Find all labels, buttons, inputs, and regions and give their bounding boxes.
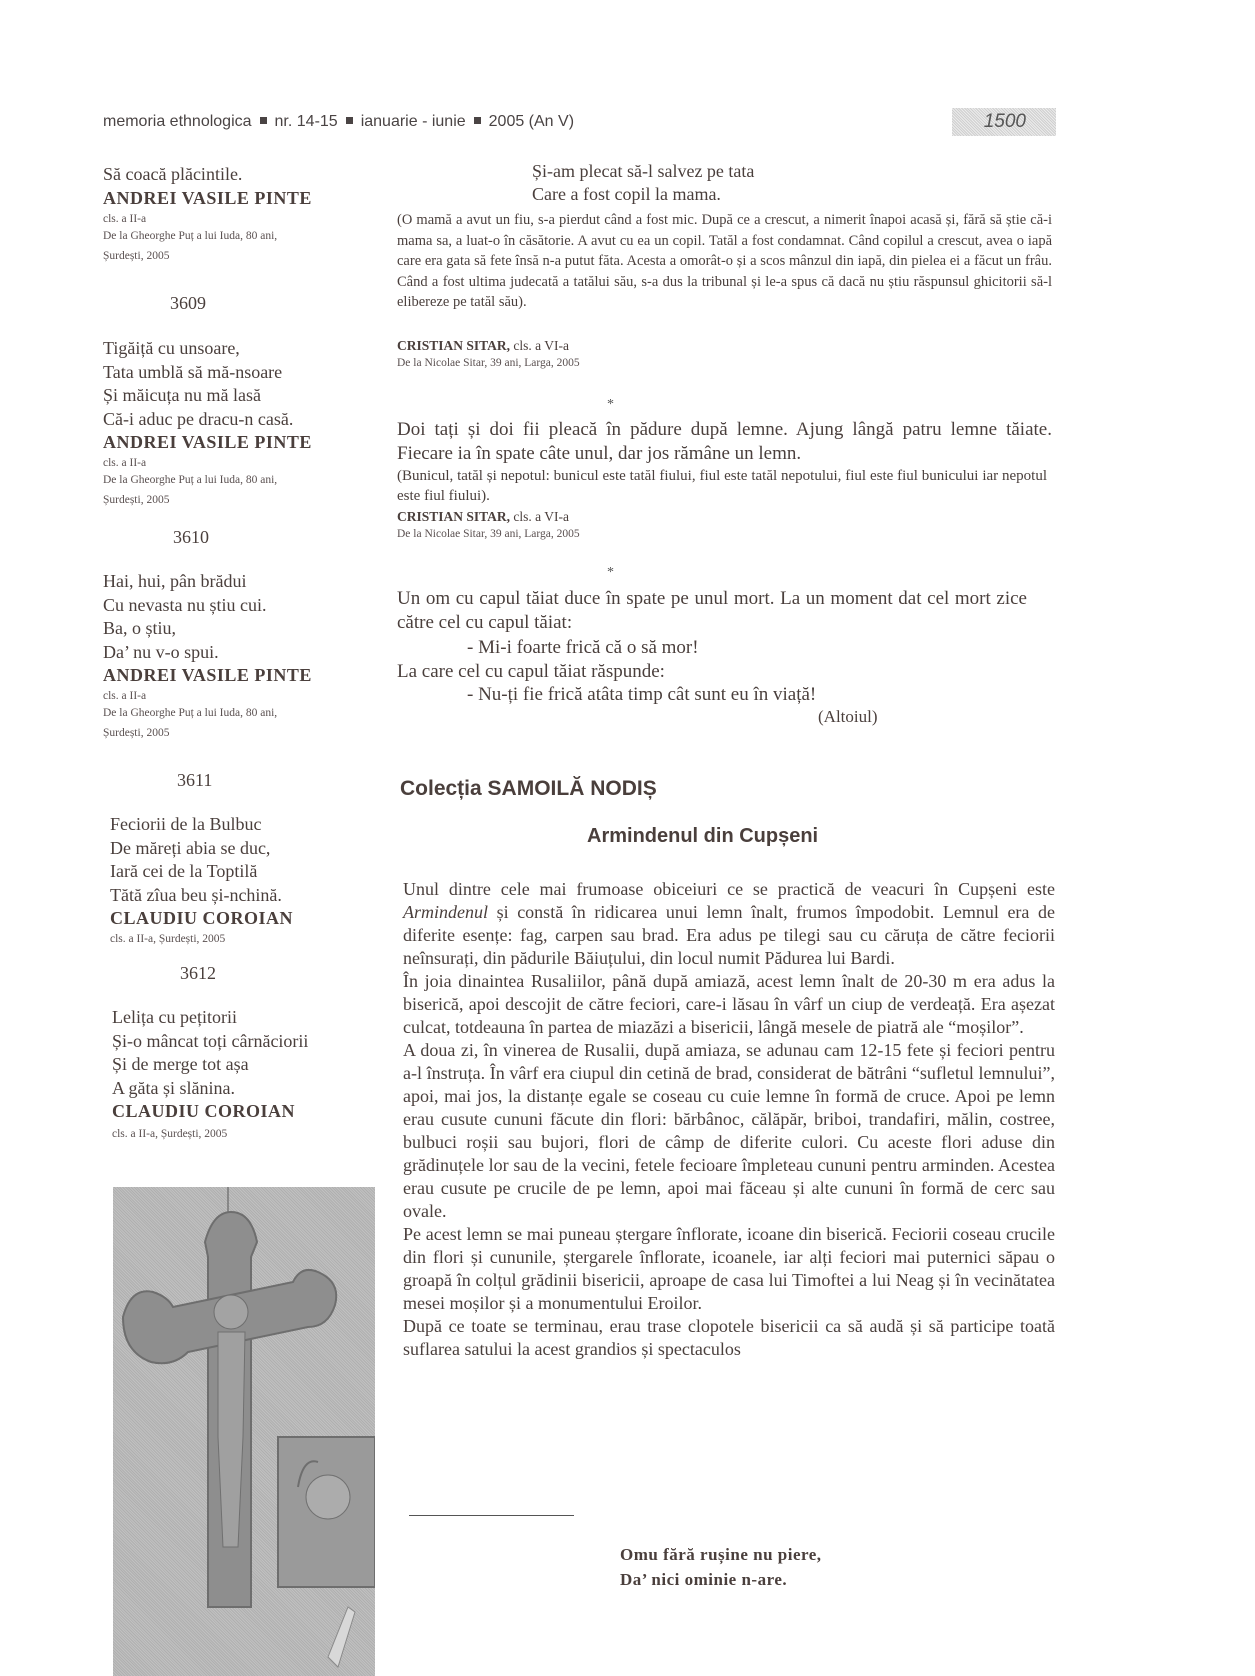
poem-entry: Tigăiță cu unsoare, Tata umblă să mă-nso…: [103, 337, 363, 509]
proverb: Omu fără rușine nu piere, Da’ nici omini…: [620, 1542, 822, 1592]
article-paragraph: Pe acest lemn se mai puneau ștergare înf…: [403, 1223, 1055, 1315]
verse-line: Și măicuța nu mă lasă: [103, 384, 363, 408]
bullet-square-icon: [346, 117, 353, 124]
footnote-divider: [409, 1515, 574, 1516]
joke-dialogue: - Mi-i foarte frică că o să mor!: [467, 636, 699, 659]
source-line: De la Nicolae Sitar, 39 ani, Larga, 2005: [397, 526, 1057, 543]
entry-number: 3610: [173, 527, 209, 548]
verse-line: Tigăiță cu unsoare,: [103, 337, 363, 361]
source-line: Șurdești, 2005: [103, 248, 363, 265]
entry-number: 3612: [180, 963, 216, 984]
proverb-line: Omu fără rușine nu piere,: [620, 1542, 822, 1567]
verse-line: Cu nevasta nu știu cui.: [103, 594, 363, 618]
verse-line: Că-i aduc pe dracu-n casă.: [103, 408, 363, 432]
page-number: 1500: [952, 108, 1056, 136]
source-line: Șurdești, 2005: [103, 725, 363, 742]
author-class: cls. a II-a: [103, 455, 363, 472]
author-class: cls. a II-a: [103, 688, 363, 705]
article-paragraph: Unul dintre cele mai frumoase obiceiuri …: [403, 878, 1055, 970]
verse-line: Și-o mâncat toți cârnăciorii: [112, 1030, 372, 1054]
author-name: ANDREI VASILE PINTE: [103, 664, 363, 686]
bullet-square-icon: [474, 117, 481, 124]
joke-narration: La care cel cu capul tăiat răspunde:: [397, 660, 665, 683]
author-class: cls. a II-a, Șurdești, 2005: [112, 1126, 372, 1143]
riddle-verse: Și-am plecat să-l salvez pe tata Care a …: [532, 160, 754, 206]
issue-number: nr. 14-15: [275, 113, 338, 130]
joke-dialogue: - Nu-ți fie frică atâta timp cât sunt eu…: [467, 683, 816, 706]
verse-line: Feciorii de la Bulbuc: [110, 813, 370, 837]
author-name: CLAUDIU COROIAN: [110, 907, 370, 929]
riddle-attribution: CRISTIAN SITAR, cls. a VI-a De la Nicola…: [397, 508, 1057, 543]
bullet-square-icon: [260, 117, 267, 124]
riddle-answer: (Bunicul, tatăl și nepotul: bunicul este…: [397, 466, 1047, 506]
author-class: cls. a VI-a: [513, 338, 569, 353]
verse-line: Care a fost copil la mama.: [532, 183, 754, 206]
joke-source: (Altoiul): [818, 707, 878, 727]
joke-intro: Un om cu capul tăiat duce în spate pe un…: [397, 587, 1027, 635]
separator-asterisk: *: [607, 397, 614, 413]
verse-line: Tata umblă să mă-nsoare: [103, 361, 363, 385]
proverb-line: Da’ nici ominie n-are.: [620, 1567, 822, 1592]
verse-line: Și de merge tot așa: [112, 1053, 372, 1077]
author-name: CRISTIAN SITAR,: [397, 509, 510, 524]
author-class: cls. a II-a: [103, 211, 363, 228]
poem-entry: Hai, hui, pân brădui Cu nevasta nu știu …: [103, 570, 363, 742]
section-title: Colecția SAMOILĂ NODIȘ: [400, 777, 657, 801]
riddle-text: Doi tați și doi fii pleacă în pădure dup…: [397, 418, 1052, 466]
verse-line: Da’ nu v-o spui.: [103, 641, 363, 665]
entry-number: 3609: [170, 293, 206, 314]
cross-photo: [113, 1187, 375, 1676]
article-title: Armindenul din Cupșeni: [587, 825, 818, 848]
issue-year: 2005 (An V): [489, 113, 574, 130]
poem-entry: Lelița cu pețitorii Și-o mâncat toți câr…: [112, 1006, 372, 1143]
verse-line: Iară cei de la Toptilă: [110, 860, 370, 884]
author-class: cls. a VI-a: [513, 509, 569, 524]
separator-asterisk: *: [607, 565, 614, 581]
poem-entry: Feciorii de la Bulbuc De măreți abia se …: [110, 813, 370, 948]
issue-months: ianuarie - iunie: [361, 113, 466, 130]
verse-line: De măreți abia se duc,: [110, 837, 370, 861]
running-header: memoria ethnologicanr. 14-15ianuarie - i…: [103, 113, 574, 131]
verse-line: Lelița cu pețitorii: [112, 1006, 372, 1030]
verse-line: Să coacă plăcintile.: [103, 163, 363, 187]
custom-name: Armindenul: [403, 902, 488, 922]
source-line: De la Gheorghe Puț a lui Iuda, 80 ani,: [103, 705, 363, 722]
verse-line: Și-am plecat să-l salvez pe tata: [532, 160, 754, 183]
riddle-answer: (O mamă a avut un fiu, s-a pierdut când …: [397, 210, 1052, 313]
source-line: De la Gheorghe Puț a lui Iuda, 80 ani,: [103, 228, 363, 245]
article-paragraph: A doua zi, în vinerea de Rusalii, după a…: [403, 1039, 1055, 1223]
author-name: ANDREI VASILE PINTE: [103, 187, 363, 209]
author-name: ANDREI VASILE PINTE: [103, 431, 363, 453]
source-line: De la Nicolae Sitar, 39 ani, Larga, 2005: [397, 355, 1057, 372]
author-class: cls. a II-a, Șurdești, 2005: [110, 931, 370, 948]
verse-line: A găta și slănina.: [112, 1077, 372, 1101]
author-name: CRISTIAN SITAR,: [397, 338, 510, 353]
article-paragraph: După ce toate se terminau, erau trase cl…: [403, 1315, 1055, 1361]
article-body: Unul dintre cele mai frumoase obiceiuri …: [403, 878, 1055, 1361]
verse-line: Tătă zîua beu și-nchină.: [110, 884, 370, 908]
verse-line: Ba, o știu,: [103, 617, 363, 641]
journal-name: memoria ethnologica: [103, 113, 252, 130]
source-line: De la Gheorghe Puț a lui Iuda, 80 ani,: [103, 472, 363, 489]
article-paragraph: În joia dinaintea Rusaliilor, până după …: [403, 970, 1055, 1039]
source-line: Șurdești, 2005: [103, 492, 363, 509]
verse-line: Hai, hui, pân brădui: [103, 570, 363, 594]
intro-entry: Să coacă plăcintile. ANDREI VASILE PINTE…: [103, 163, 363, 265]
riddle-attribution: CRISTIAN SITAR, cls. a VI-a De la Nicola…: [397, 337, 1057, 372]
author-name: CLAUDIU COROIAN: [112, 1100, 372, 1122]
entry-number: 3611: [177, 770, 212, 791]
